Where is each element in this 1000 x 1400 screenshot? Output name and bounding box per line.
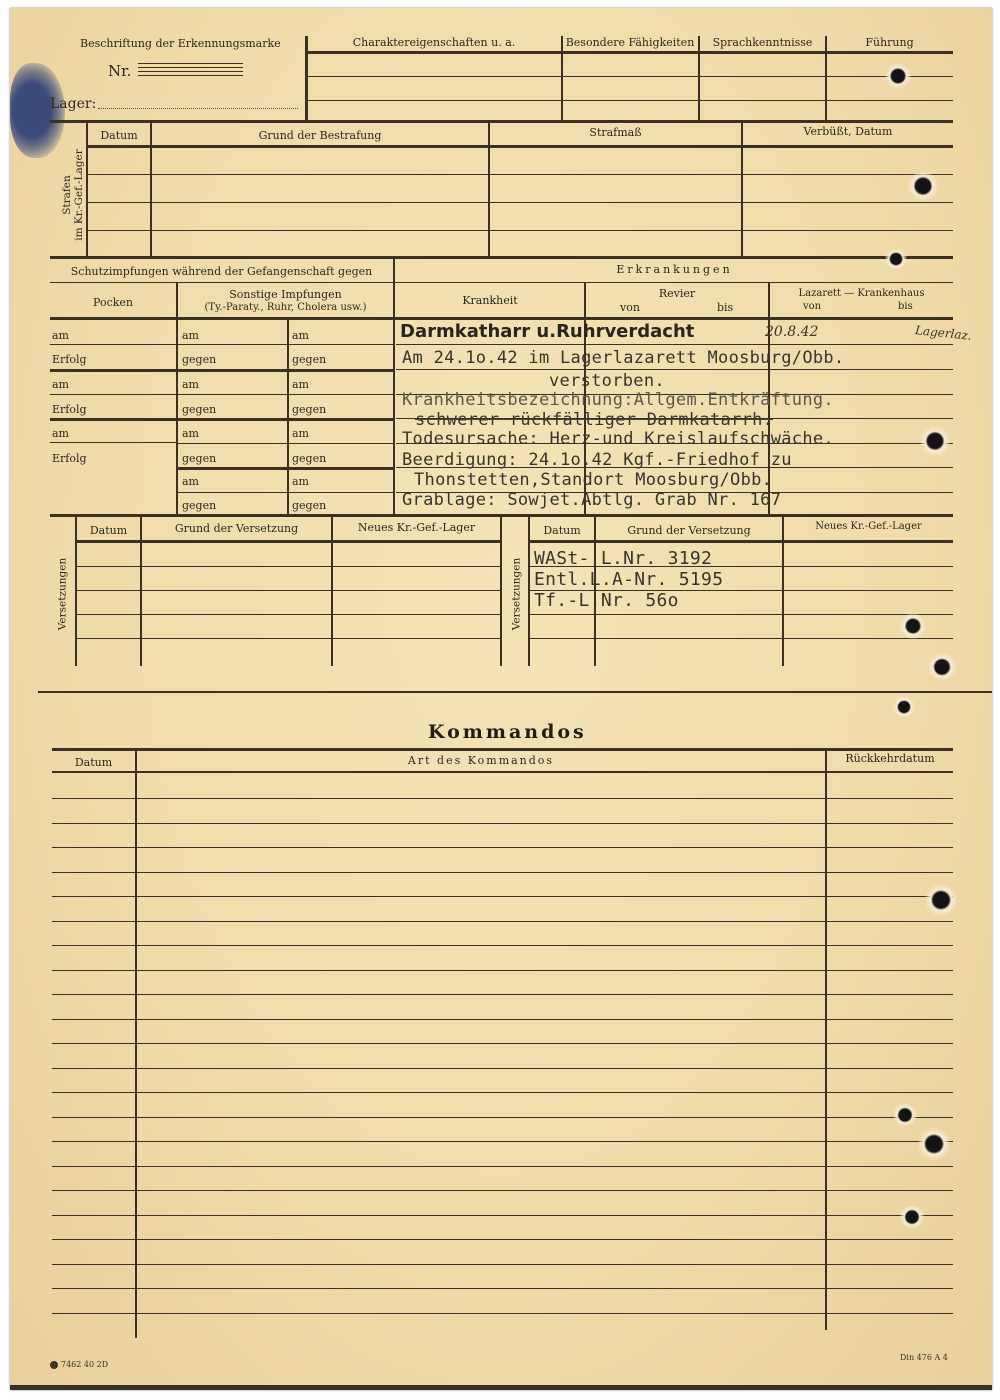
row-line	[530, 638, 953, 639]
diagnosis-stamp: Darmkatharr u.Ruhrverdacht	[400, 322, 694, 342]
handwritten-date: 20.8.42	[765, 324, 818, 340]
row-line	[396, 344, 953, 345]
sonstige-am: am	[292, 379, 309, 391]
col-sonstige: Sonstige Impfungen(Ty.-Paraty., Ruhr, Ch…	[178, 289, 393, 314]
row-line	[50, 282, 953, 283]
col-neues-lager: Neues Kr.-Gef.-Lager	[333, 522, 500, 534]
row-line	[77, 590, 500, 591]
punch-hole	[918, 1128, 950, 1160]
row-line	[52, 1264, 953, 1265]
row-line	[52, 970, 953, 971]
section-rule	[50, 256, 953, 259]
col-rueckkehrdatum: Rückkehrdatum	[827, 753, 953, 765]
divider	[135, 750, 137, 1338]
row-line	[77, 638, 500, 639]
row-line	[178, 443, 393, 444]
punch-hole	[893, 1103, 917, 1127]
row-line	[50, 394, 393, 395]
versetzungen-side-label: Versetzungen	[511, 552, 523, 637]
divider	[488, 121, 490, 258]
nr-label: Nr.	[108, 65, 131, 77]
header-rule	[52, 748, 953, 751]
row-line	[52, 1190, 953, 1191]
fold-line	[38, 691, 992, 693]
sonstige-gegen: gegen	[292, 354, 326, 366]
nr-line	[138, 71, 243, 72]
divider	[528, 516, 530, 666]
pocken-erfolg: Erfolg	[52, 354, 87, 366]
col-datum: Datum	[530, 525, 594, 537]
pocken-erfolg: Erfolg	[52, 404, 87, 416]
revier-bis: bis	[717, 302, 733, 314]
col-grund-versetzung: Grund der Versetzung	[142, 523, 331, 535]
punch-hole	[893, 696, 915, 718]
divider	[75, 516, 77, 666]
col-charakter: Charaktereigenschaften u. a.	[308, 37, 560, 49]
divider	[698, 36, 700, 122]
sonstige-am: am	[292, 428, 309, 440]
col-datum: Datum	[88, 130, 150, 142]
row-line	[52, 1092, 953, 1093]
col-fuehrung: Führung	[827, 37, 952, 49]
sonstige-am: am	[292, 476, 309, 488]
punch-hole	[920, 426, 950, 456]
row-line	[88, 230, 953, 231]
col-faehigkeiten: Besondere Fähigkeiten	[562, 37, 698, 49]
typed-line: Thonstetten,Standort Moosburg/Obb.	[414, 470, 772, 490]
row-line	[52, 798, 953, 799]
nr-line	[138, 67, 243, 68]
row-line	[530, 614, 953, 615]
strafen-side-label: Strafenim Kr.-Gef.-Lager	[61, 140, 85, 250]
divider	[331, 516, 333, 666]
impfungen-header: Schutzimpfungen während der Gefangenscha…	[50, 266, 393, 278]
divider	[561, 36, 563, 122]
revier-von: von	[620, 302, 640, 314]
section-rule	[50, 120, 953, 123]
col-verbuesst-datum: Verbüßt, Datum	[743, 126, 953, 138]
lazarett-von: von	[803, 301, 821, 313]
row-line	[52, 1019, 953, 1020]
punch-hole	[925, 884, 957, 916]
punch-hole	[900, 613, 926, 639]
row-line	[88, 174, 953, 175]
sonstige-am: am	[292, 330, 309, 342]
header-rule	[50, 317, 953, 320]
row-line	[88, 202, 953, 203]
sonstige-am: am	[182, 428, 199, 440]
col-grund-versetzung: Grund der Versetzung	[596, 525, 782, 537]
col-neues-lager: Neues Kr.-Gef.-Lager	[784, 521, 953, 533]
row-line	[178, 467, 393, 470]
row-line	[396, 369, 953, 370]
divider	[741, 121, 743, 258]
row-line	[77, 566, 500, 567]
typed-line-struck: schwerer rückfälliger Darmkatarrh.	[415, 410, 773, 430]
row-line	[52, 1239, 953, 1240]
row-line	[52, 994, 953, 995]
row-line	[50, 344, 393, 345]
row-line	[50, 442, 176, 443]
row-line	[52, 1288, 953, 1289]
col-lazarett: Lazarett — Krankenhaus	[770, 288, 953, 300]
typed-line: Am 24.1o.42 im Lagerlazarett Moosburg/Ob…	[402, 348, 844, 368]
nr-line	[138, 75, 243, 76]
punch-hole	[900, 1205, 924, 1229]
typed-line: Todesursache: Herz-und Kreislaufschwäche…	[402, 429, 834, 449]
sonstige-gegen: gegen	[292, 500, 326, 512]
printer-logo-icon	[50, 1361, 58, 1369]
row-line	[308, 76, 953, 77]
typed-line: Beerdigung: 24.1o.42 Kgf.-Friedhof zu	[402, 450, 792, 470]
row-line	[52, 921, 953, 922]
row-line	[52, 1166, 953, 1167]
divider	[393, 258, 395, 516]
sonstige-gegen: gegen	[292, 404, 326, 416]
pocken-am: am	[52, 428, 69, 440]
punch-hole	[885, 63, 911, 89]
nr-line	[138, 63, 243, 64]
col-revier: Revier	[586, 288, 768, 300]
col-pocken: Pocken	[50, 297, 176, 309]
col-art-kommandos: Art des Kommandos	[137, 755, 825, 767]
punch-hole	[885, 248, 907, 270]
row-line	[50, 418, 393, 421]
pocken-am: am	[52, 330, 69, 342]
header-rule	[77, 540, 500, 543]
row-line	[52, 823, 953, 824]
row-line	[52, 847, 953, 848]
typed-line: verstorben.	[549, 371, 665, 391]
col-datum: Datum	[52, 757, 135, 769]
typed-entry: Entl.L.A-Nr. 5195	[534, 570, 723, 590]
handwritten-place: Lagerlaz.	[914, 323, 972, 343]
col-datum: Datum	[77, 525, 140, 537]
typed-line: Grablage: Sowjet.Abtlg. Grab Nr. 167	[402, 490, 781, 510]
header-rule	[52, 771, 953, 773]
sonstige-gegen: gegen	[182, 404, 216, 416]
versetzungen-side-label: Versetzungen	[57, 552, 69, 637]
punch-hole	[908, 171, 938, 201]
row-line	[52, 896, 953, 897]
lager-label: Lager:	[50, 98, 96, 110]
kommandos-title: Kommandos	[428, 721, 587, 743]
row-line	[52, 1117, 953, 1118]
sonstige-gegen: gegen	[292, 453, 326, 465]
row-line	[178, 492, 393, 493]
sonstige-gegen: gegen	[182, 453, 216, 465]
col-krankheit: Krankheit	[396, 295, 584, 307]
header-rule	[308, 51, 953, 54]
lazarett-bis: bis	[898, 301, 913, 313]
header-rule	[530, 540, 953, 543]
lager-field[interactable]	[98, 108, 298, 109]
punch-hole	[928, 653, 956, 681]
row-line	[52, 872, 953, 873]
typed-entry: Tf.-L.Nr. 56o	[534, 591, 679, 611]
print-code: 7462 40 2D	[50, 1360, 108, 1369]
col-sprachkenntnisse: Sprachkenntnisse	[700, 37, 825, 49]
pow-record-card-back: Beschriftung der Erkennungsmarke Nr. Lag…	[10, 8, 992, 1390]
row-line	[77, 614, 500, 615]
divider	[140, 516, 142, 666]
row-line	[52, 1313, 953, 1314]
row-line	[308, 100, 953, 101]
col-grund-bestrafung: Grund der Bestrafung	[152, 130, 488, 142]
divider	[782, 516, 784, 666]
row-line	[52, 1068, 953, 1069]
header-rule	[88, 145, 953, 148]
row-line	[52, 945, 953, 946]
din-format: Din 476 A 4	[900, 1353, 948, 1362]
divider	[825, 36, 827, 122]
pocken-erfolg: Erfolg	[52, 453, 87, 465]
sonstige-am: am	[182, 330, 199, 342]
divider	[500, 516, 502, 666]
erkrankungen-header: Erkrankungen	[396, 264, 953, 276]
typed-line: Krankheitsbezeichnung:Allgem.Entkräftung…	[402, 390, 834, 410]
row-line	[52, 1141, 953, 1142]
row-line	[52, 1215, 953, 1216]
sonstige-gegen: gegen	[182, 500, 216, 512]
col-strafmass: Strafmaß	[490, 127, 741, 139]
row-line	[52, 1043, 953, 1044]
pocken-am: am	[52, 379, 69, 391]
erkennungsmarke-label: Beschriftung der Erkennungsmarke	[80, 38, 275, 50]
sonstige-am: am	[182, 379, 199, 391]
sonstige-am: am	[182, 476, 199, 488]
sonstige-gegen: gegen	[182, 354, 216, 366]
typed-entry: WASt- L.Nr. 3192	[534, 549, 712, 569]
row-line	[50, 369, 393, 372]
divider	[825, 750, 827, 1330]
